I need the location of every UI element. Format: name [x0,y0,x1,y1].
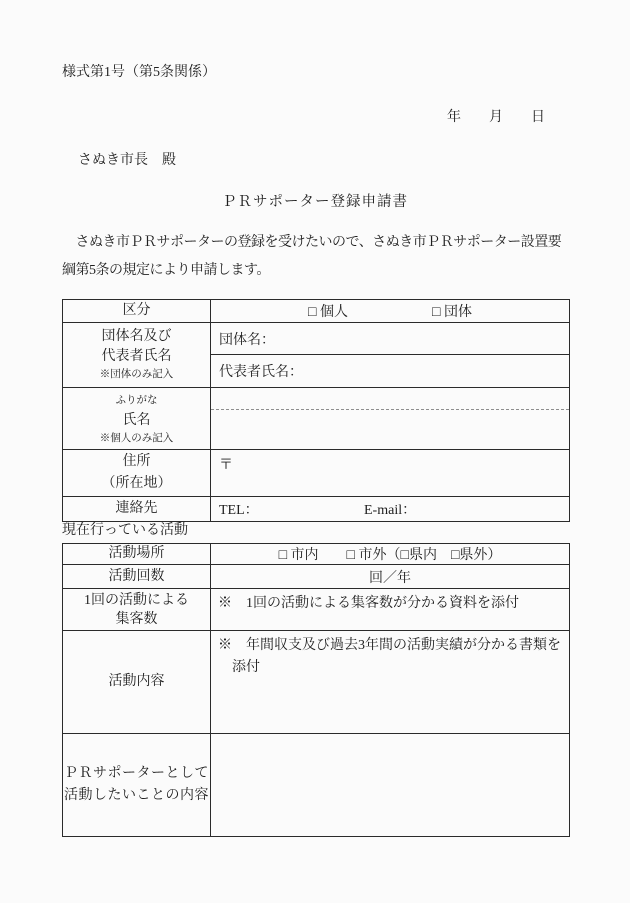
activity-content-note: ※ 年間収支及び過去3年間の活動実績が分かる書類を 添付 [211,631,570,734]
current-activities-heading: 現在行っている活動 [62,519,188,539]
frequency-label: 活動回数 [63,565,211,589]
category-label: 区分 [63,300,211,323]
attendance-label: 1回の活動による 集客数 [63,589,211,631]
category-row: 区分 □ 個人 □ 団体 [63,300,570,323]
org-name-field-label: 団体名： [211,323,570,355]
address-label: 住所 （所在地） [63,450,211,497]
org-label-line2: 代表者氏名 [63,347,210,367]
activity-content-row: 活動内容 ※ 年間収支及び過去3年間の活動実績が分かる書類を 添付 [63,631,570,734]
rep-name-field-label: 代表者氏名： [211,355,570,388]
pr-activity-row: ＰＲサポーターとして 活動したいことの内容 [63,734,570,837]
org-label-note: ※団体のみ記入 [63,367,210,383]
attendance-row: 1回の活動による 集客数 ※ 1回の活動による集客数が分かる資料を添付 [63,589,570,631]
applicant-info-table: 区分 □ 個人 □ 団体 団体名及び 代表者氏名 ※団体のみ記入 団体名： 代表… [62,299,570,522]
org-label-cell: 団体名及び 代表者氏名 ※団体のみ記入 [63,323,211,388]
location-row: 活動場所 □ 市内 □ 市外（□県内 □県外） [63,544,570,565]
tel-label: TEL： [219,499,364,519]
document-title: ＰＲサポーター登録申請書 [0,190,630,211]
form-number: 様式第1号（第5条関係） [62,61,216,81]
attendance-note: ※ 1回の活動による集客数が分かる資料を添付 [211,589,570,631]
frequency-row: 活動回数 回／年 [63,565,570,589]
document-page: 様式第1号（第5条関係） 年 月 日 さぬき市長 殿 ＰＲサポーター登録申請書 … [0,0,630,903]
location-label: 活動場所 [63,544,211,565]
address-input-area: 〒 [211,450,570,497]
name-input-area [211,410,570,450]
frequency-unit: 回／年 [211,565,570,589]
contact-row: 連絡先 TEL：E-mail： [63,497,570,522]
date-line: 年 月 日 [447,106,545,126]
contact-field: TEL：E-mail： [211,497,570,522]
email-label: E-mail： [364,503,416,518]
activity-content-label: 活動内容 [63,631,211,734]
name-note: ※個人のみ記入 [63,431,210,447]
contact-label: 連絡先 [63,497,211,522]
pr-activity-input-area [211,734,570,837]
furigana-row: ふりがな 氏名 ※個人のみ記入 [63,388,570,410]
category-options: □ 個人 □ 団体 [211,300,570,323]
org-label-line1: 団体名及び [63,327,210,347]
name-label-cell: ふりがな 氏名 ※個人のみ記入 [63,388,211,450]
activity-table: 活動場所 □ 市内 □ 市外（□県内 □県外） 活動回数 回／年 1回の活動によ… [62,543,570,837]
name-label: 氏名 [63,410,210,431]
addressee: さぬき市長 殿 [78,149,176,169]
furigana-input-area [211,388,570,410]
furigana-label: ふりがな [63,391,210,410]
application-statement: さぬき市ＰＲサポーターの登録を受けたいので、さぬき市ＰＲサポーター設置要 綱第5… [62,229,576,285]
address-row: 住所 （所在地） 〒 [63,450,570,497]
location-options: □ 市内 □ 市外（□県内 □県外） [211,544,570,565]
postal-mark: 〒 [219,458,233,473]
pr-activity-label: ＰＲサポーターとして 活動したいことの内容 [63,734,211,837]
org-name-row: 団体名及び 代表者氏名 ※団体のみ記入 団体名： [63,323,570,355]
